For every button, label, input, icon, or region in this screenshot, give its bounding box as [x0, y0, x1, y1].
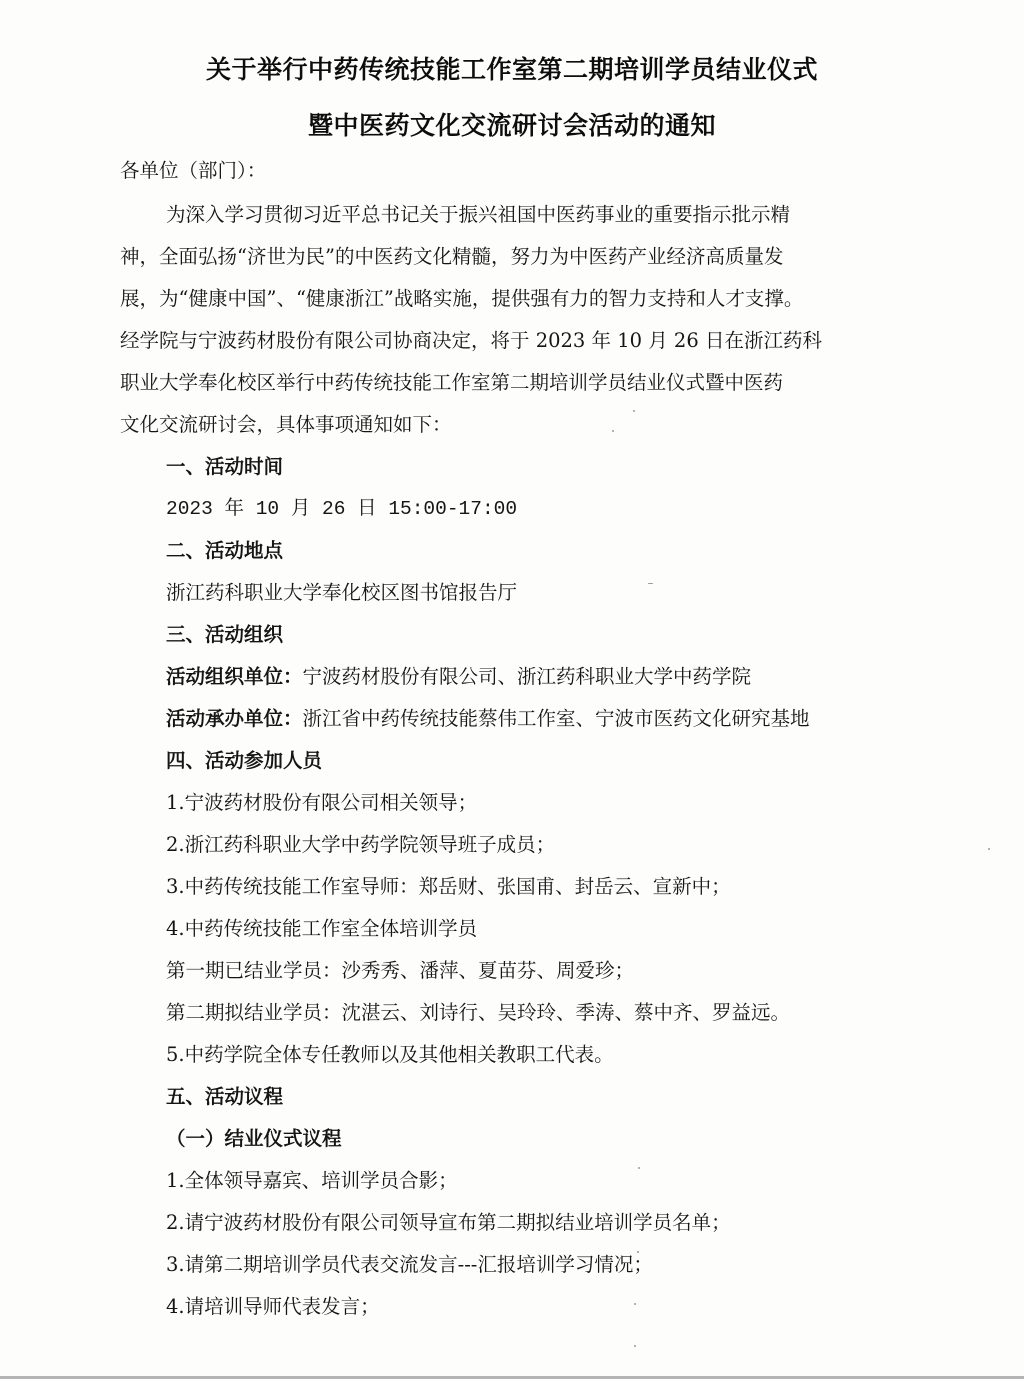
agenda-item: 2.请宁波药材股份有限公司领导宣布第二期拟结业培训学员名单；: [166, 1210, 731, 1236]
participant-item: 4.中药传统技能工作室全体培训学员: [166, 916, 477, 942]
agenda-subheading: （一）结业仪式议程: [166, 1126, 342, 1152]
scan-speck: [634, 1303, 636, 1305]
participant-item: 5.中药学院全体专任教师以及其他相关教职工代表。: [166, 1042, 614, 1068]
host-value: 浙江省中药传统技能蔡伟工作室、宁波市医药文化研究基地: [303, 707, 810, 730]
host-row: 活动承办单位：浙江省中药传统技能蔡伟工作室、宁波市医药文化研究基地: [166, 706, 810, 732]
participant-item: 3.中药传统技能工作室导师：郑岳财、张国甫、封岳云、宣新中；: [166, 874, 731, 900]
scan-speck: [648, 583, 653, 584]
event-location: 浙江药科职业大学奉化校区图书馆报告厅: [166, 580, 517, 606]
organizer-label: 活动组织单位：: [166, 665, 303, 688]
salutation: 各单位（部门）：: [120, 158, 266, 184]
document-title-line-1: 关于举行中药传统技能工作室第二期培训学员结业仪式: [0, 50, 1024, 86]
scan-speck: [637, 1251, 639, 1253]
intro-line: 经学院与宁波药材股份有限公司协商决定，将于 2023 年 10 月 26 日在浙…: [120, 328, 822, 354]
document-title-line-2: 暨中医药文化交流研讨会活动的通知: [0, 106, 1024, 142]
section-heading: 三、活动组织: [166, 622, 283, 648]
document-page: 关于举行中药传统技能工作室第二期培训学员结业仪式 暨中医药文化交流研讨会活动的通…: [0, 0, 1024, 1379]
organizer-row: 活动组织单位：宁波药材股份有限公司、浙江药科职业大学中药学院: [166, 664, 751, 690]
scan-speck: [634, 1345, 636, 1347]
intro-line: 展，为“健康中国”、“健康浙江”战略实施，提供强有力的智力支持和人才支撑。: [120, 286, 803, 312]
intro-line: 文化交流研讨会，具体事项通知如下：: [120, 412, 452, 438]
participant-item: 2.浙江药科职业大学中药学院领导班子成员；: [166, 832, 555, 858]
participant-item: 第二期拟结业学员：沈湛云、刘诗行、吴玲玲、季涛、蔡中齐、罗益远。: [166, 1000, 790, 1026]
scan-speck: [633, 410, 635, 412]
scan-speck: [638, 1167, 640, 1169]
agenda-item: 4.请培训导师代表发言；: [166, 1294, 380, 1320]
intro-line: 为深入学习贯彻习近平总书记关于振兴祖国中医药事业的重要指示批示精: [166, 202, 790, 228]
participant-item: 1.宁波药材股份有限公司相关领导；: [166, 790, 477, 816]
agenda-item: 1.全体领导嘉宾、培训学员合影；: [166, 1168, 458, 1194]
scan-speck: [988, 848, 990, 850]
section-heading: 二、活动地点: [166, 538, 283, 564]
organizer-value: 宁波药材股份有限公司、浙江药科职业大学中药学院: [303, 665, 752, 688]
host-label: 活动承办单位：: [166, 707, 303, 730]
section-heading: 五、活动议程: [166, 1084, 283, 1110]
participant-item: 第一期已结业学员：沙秀秀、潘萍、夏苗芬、周爱珍；: [166, 958, 634, 984]
event-time: 2023 年 10 月 26 日 15:00-17:00: [166, 496, 517, 522]
intro-line: 职业大学奉化校区举行中药传统技能工作室第二期培训学员结业仪式暨中医药: [120, 370, 783, 396]
scan-speck: [612, 430, 614, 432]
agenda-item: 3.请第二期培训学员代表交流发言---汇报培训学习情况；: [166, 1252, 653, 1278]
section-heading: 一、活动时间: [166, 454, 283, 480]
section-heading: 四、活动参加人员: [166, 748, 322, 774]
intro-line: 神，全面弘扬“济世为民”的中医药文化精髓，努力为中医药产业经济高质量发: [120, 244, 783, 270]
